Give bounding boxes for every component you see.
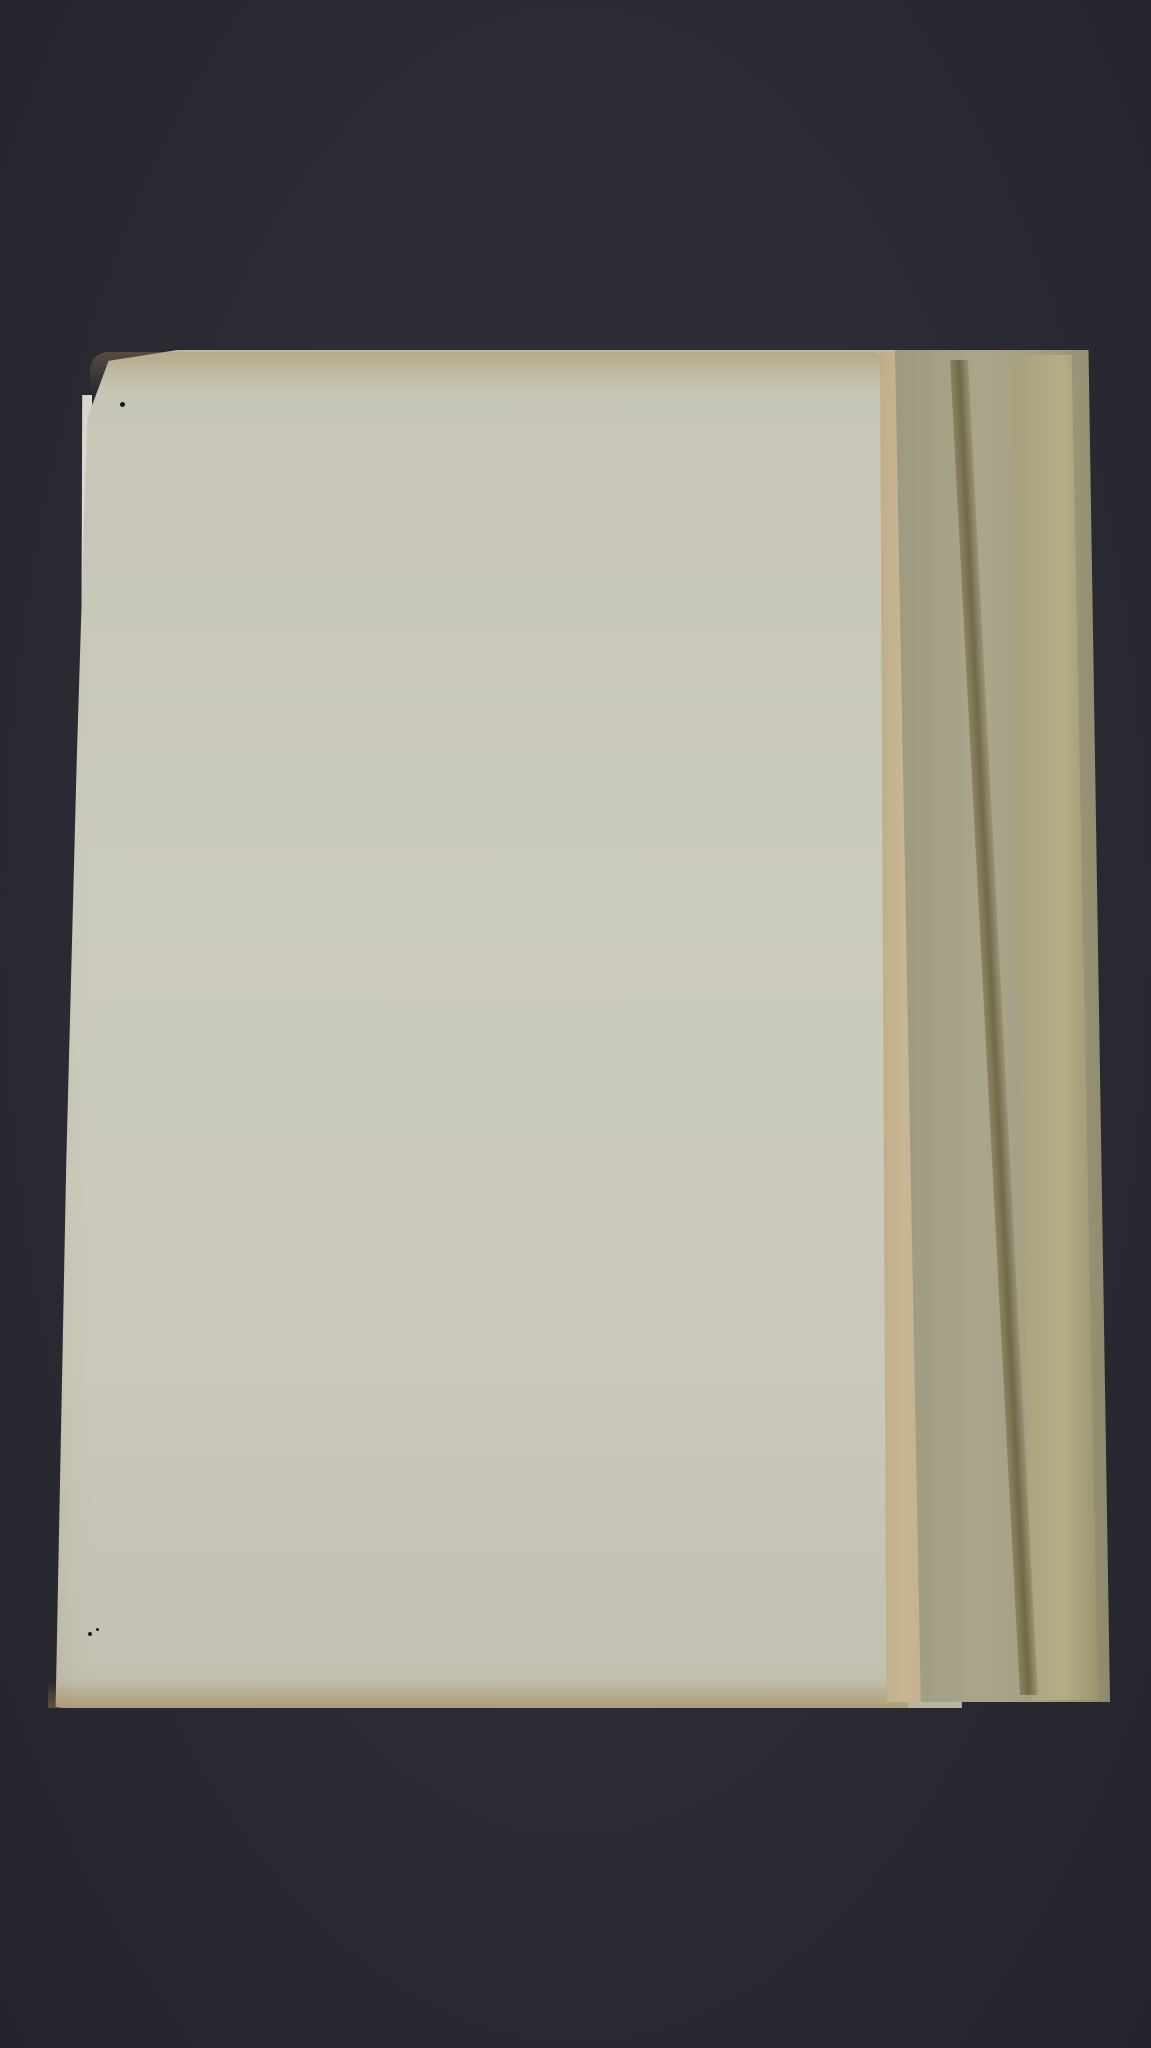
ink-spot xyxy=(88,1632,92,1636)
ink-spot xyxy=(96,1628,99,1631)
cover-top-stain xyxy=(90,352,890,392)
ink-spot xyxy=(120,402,125,407)
book xyxy=(0,0,1151,2048)
cover-bottom-stain xyxy=(48,1680,908,1708)
